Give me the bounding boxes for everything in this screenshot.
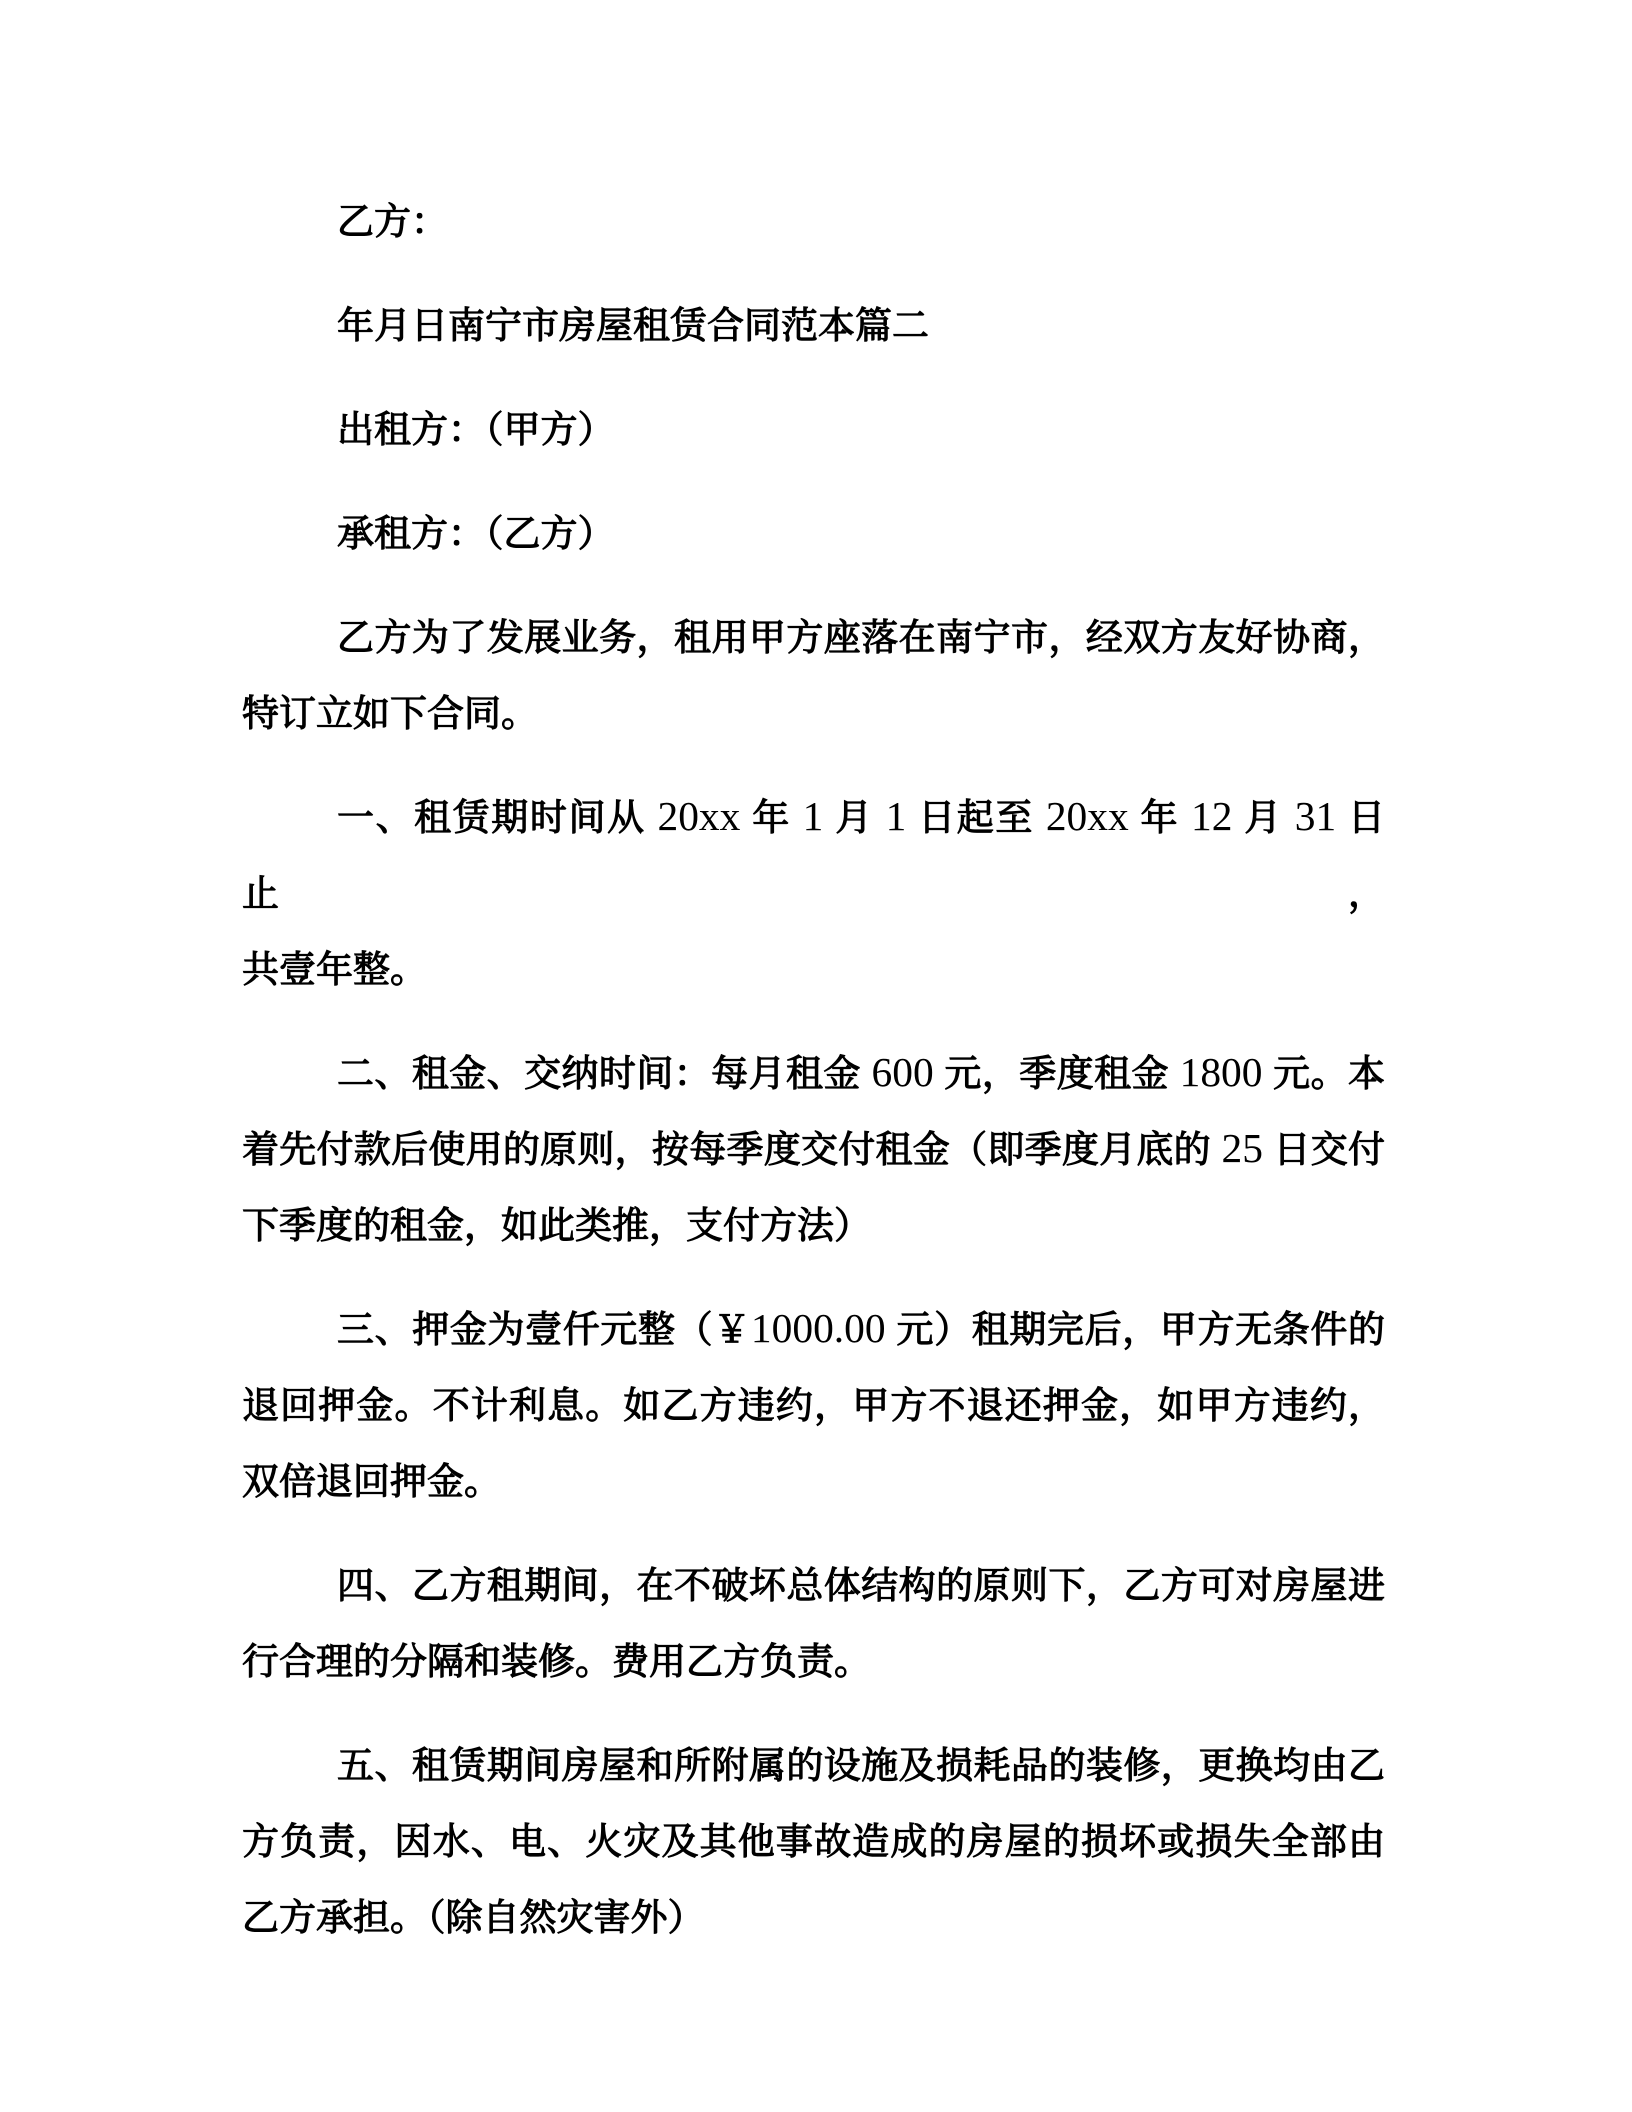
latin-run: 25: [1221, 1125, 1262, 1171]
contract-page: 乙方：年月日南宁市房屋租赁合同范本篇二出租方：（甲方）承租方：（乙方）乙方为了发…: [0, 0, 1632, 2112]
latin-run: 600: [872, 1049, 934, 1095]
paragraph: 一、租赁期时间从 20xx 年 1 月 1 日起至 20xx 年 12 月 31…: [242, 780, 1385, 1008]
text-line: 行合理的分隔和装修。费用乙方负责。: [242, 1624, 1385, 1700]
text-line: 共壹年整。: [242, 932, 1385, 1008]
text-line: 年月日南宁市房屋租赁合同范本篇二: [242, 288, 1385, 364]
latin-run: 1800: [1180, 1049, 1263, 1095]
paragraph: 四、乙方租期间，在不破坏总体结构的原则下，乙方可对房屋进行合理的分隔和装修。费用…: [242, 1548, 1385, 1700]
latin-run: 1: [803, 793, 824, 839]
paragraph: 出租方：（甲方）: [242, 392, 1385, 468]
latin-run: 31: [1295, 793, 1336, 839]
paragraph: 乙方为了发展业务，租用甲方座落在南宁市，经双方友好协商，特订立如下合同。: [242, 600, 1385, 752]
text-line: 特订立如下合同。: [242, 676, 1385, 752]
text-line: 退回押金。不计利息。如乙方违约，甲方不退还押金，如甲方违约，: [242, 1368, 1385, 1444]
paragraph: 二、租金、交纳时间：每月租金 600 元，季度租金 1800 元。本着先付款后使…: [242, 1036, 1385, 1264]
text-line: 下季度的租金，如此类推，支付方法）: [242, 1188, 1385, 1264]
text-line: 出租方：（甲方）: [242, 392, 1385, 468]
text-line: 一、租赁期时间从 20xx 年 1 月 1 日起至 20xx 年 12 月 31…: [242, 780, 1385, 932]
text-line: 四、乙方租期间，在不破坏总体结构的原则下，乙方可对房屋进: [242, 1548, 1385, 1624]
paragraph: 五、租赁期间房屋和所附属的设施及损耗品的装修，更换均由乙方负责，因水、电、火灾及…: [242, 1728, 1385, 1956]
text-line: 乙方：: [242, 184, 1385, 260]
latin-run: 20xx: [1046, 793, 1129, 839]
text-line: 承租方：（乙方）: [242, 496, 1385, 572]
text-line: 二、租金、交纳时间：每月租金 600 元，季度租金 1800 元。本: [242, 1036, 1385, 1112]
text-line: 乙方为了发展业务，租用甲方座落在南宁市，经双方友好协商，: [242, 600, 1385, 676]
paragraph: 乙方：: [242, 184, 1385, 260]
text-line: 乙方承担。（除自然灾害外）: [242, 1880, 1385, 1956]
latin-run: 12: [1191, 793, 1232, 839]
latin-run: 1: [886, 793, 907, 839]
text-line: 方负责，因水、电、火灾及其他事故造成的房屋的损坏或损失全部由: [242, 1804, 1385, 1880]
text-line: 着先付款后使用的原则，按每季度交付租金（即季度月底的 25 日交付: [242, 1112, 1385, 1188]
latin-run: 20xx: [657, 793, 740, 839]
paragraph: 年月日南宁市房屋租赁合同范本篇二: [242, 288, 1385, 364]
text-line: 双倍退回押金。: [242, 1444, 1385, 1520]
paragraph: 承租方：（乙方）: [242, 496, 1385, 572]
text-line: 五、租赁期间房屋和所附属的设施及损耗品的装修，更换均由乙: [242, 1728, 1385, 1804]
paragraph: 三、押金为壹仟元整（￥1000.00 元）租期完后，甲方无条件的退回押金。不计利…: [242, 1292, 1385, 1520]
document-body: 乙方：年月日南宁市房屋租赁合同范本篇二出租方：（甲方）承租方：（乙方）乙方为了发…: [242, 184, 1385, 1984]
latin-run: 1000.00: [751, 1305, 886, 1351]
text-line: 三、押金为壹仟元整（￥1000.00 元）租期完后，甲方无条件的: [242, 1292, 1385, 1368]
